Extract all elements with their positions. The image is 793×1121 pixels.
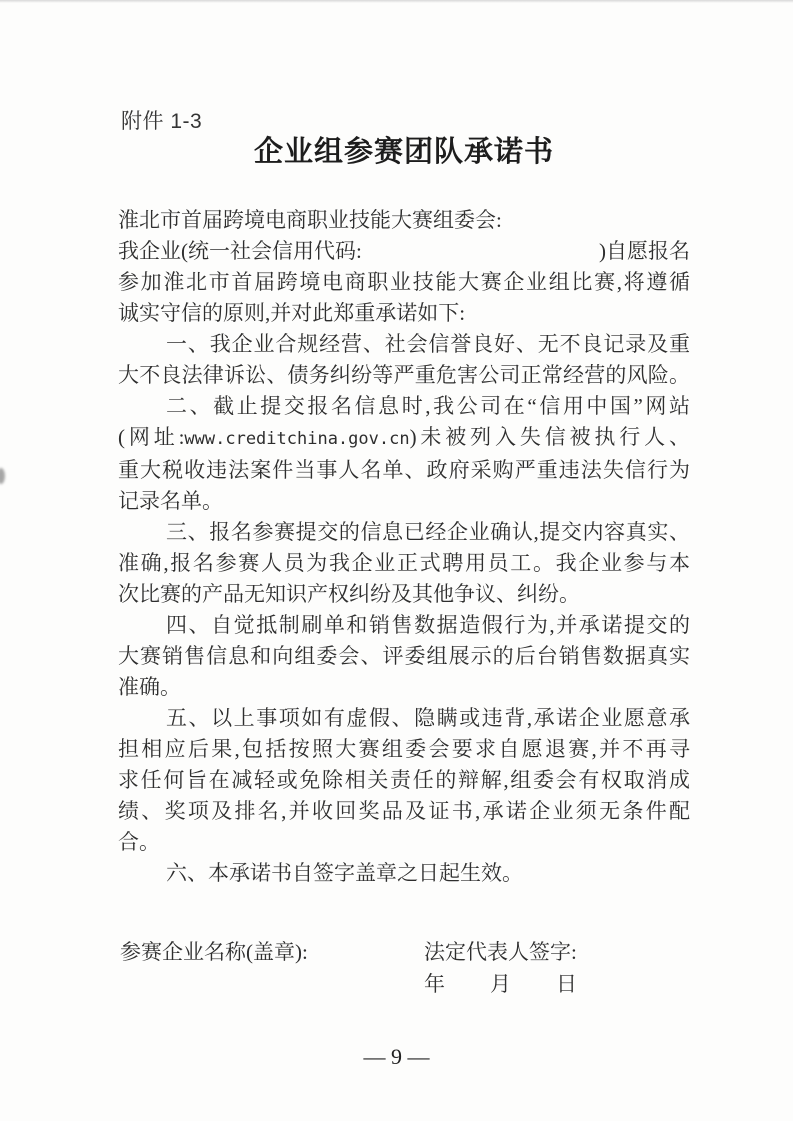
body-line: 准确。 (118, 672, 690, 703)
body-line: 担相应后果,包括按照大赛组委会要求自愿退赛,并不再寻 (118, 734, 690, 765)
scan-smudge-artifact (0, 468, 5, 484)
body-line-item-6: 六、本承诺书自签字盖章之日起生效。 (118, 858, 690, 889)
representative-signature-label: 法定代表人签字: (424, 937, 577, 968)
body-line-item-2: 二、截止提交报名信息时,我公司在“信用中国”网站 (118, 391, 690, 422)
body-line: 准确,报名参赛人员为我企业正式聘用员工。我企业参与本 (118, 548, 690, 579)
document-body: 淮北市首届跨境电商职业技能大赛组委会: 我企业(统一社会信用代码: )自愿报名 … (118, 205, 690, 889)
url-pre-text: (网址: (118, 425, 184, 449)
body-line: 求任何旨在减轻或免除相关责任的辩解,组委会有权取消成 (118, 765, 690, 796)
body-line-item-4: 四、自觉抵制刷单和销售数据造假行为,并承诺提交的 (118, 610, 690, 641)
url-line: (网址:www.creditchina.gov.cn)未被列入失信被执行人、 (118, 422, 690, 455)
body-line: 诚实守信的原则,并对此郑重承诺如下: (118, 298, 690, 329)
body-line: 重大税收违法案件当事人名单、政府采购严重违法失信行为 (118, 455, 690, 486)
body-line-item-1: 一、我企业合规经营、社会信誉良好、无不良记录及重 (118, 329, 690, 360)
body-line: 合。 (118, 827, 690, 858)
body-line-item-5: 五、以上事项如有虚假、隐瞒或违背,承诺企业愿意承 (118, 703, 690, 734)
body-line: 绩、奖项及排名,并收回奖品及证书,承诺企业须无条件配 (118, 796, 690, 827)
body-line-item-3: 三、报名参赛提交的信息已经企业确认,提交内容真实、 (118, 517, 690, 548)
intro-line: 我企业(统一社会信用代码: )自愿报名 (118, 236, 690, 267)
intro-right-text: )自愿报名 (599, 236, 690, 267)
page-number: — 9 — (0, 1044, 793, 1070)
document-title: 企业组参赛团队承诺书 (118, 131, 690, 173)
intro-left-text: 我企业(统一社会信用代码: (118, 236, 362, 267)
date-line: 年 月 日 (424, 969, 578, 1000)
company-seal-label: 参赛企业名称(盖章): (120, 937, 308, 968)
url-post-text: )未被列入失信被执行人、 (410, 425, 690, 449)
scan-top-edge-artifact (0, 0, 793, 3)
body-line: 次比赛的产品无知识产权纠纷及其他争议、纠纷。 (118, 579, 690, 610)
scanned-document-page: 附件 1-3 企业组参赛团队承诺书 淮北市首届跨境电商职业技能大赛组委会: 我企… (0, 0, 793, 1121)
salutation-line: 淮北市首届跨境电商职业技能大赛组委会: (118, 205, 690, 236)
credit-china-url: www.creditchina.gov.cn (184, 429, 409, 449)
body-line: 大赛销售信息和向组委会、评委组展示的后台销售数据真实 (118, 641, 690, 672)
body-line: 参加淮北市首届跨境电商职业技能大赛企业组比赛,将遵循 (118, 267, 690, 298)
body-line: 大不良法律诉讼、债务纠纷等严重危害公司正常经营的风险。 (118, 360, 690, 391)
body-line: 记录名单。 (118, 486, 690, 517)
